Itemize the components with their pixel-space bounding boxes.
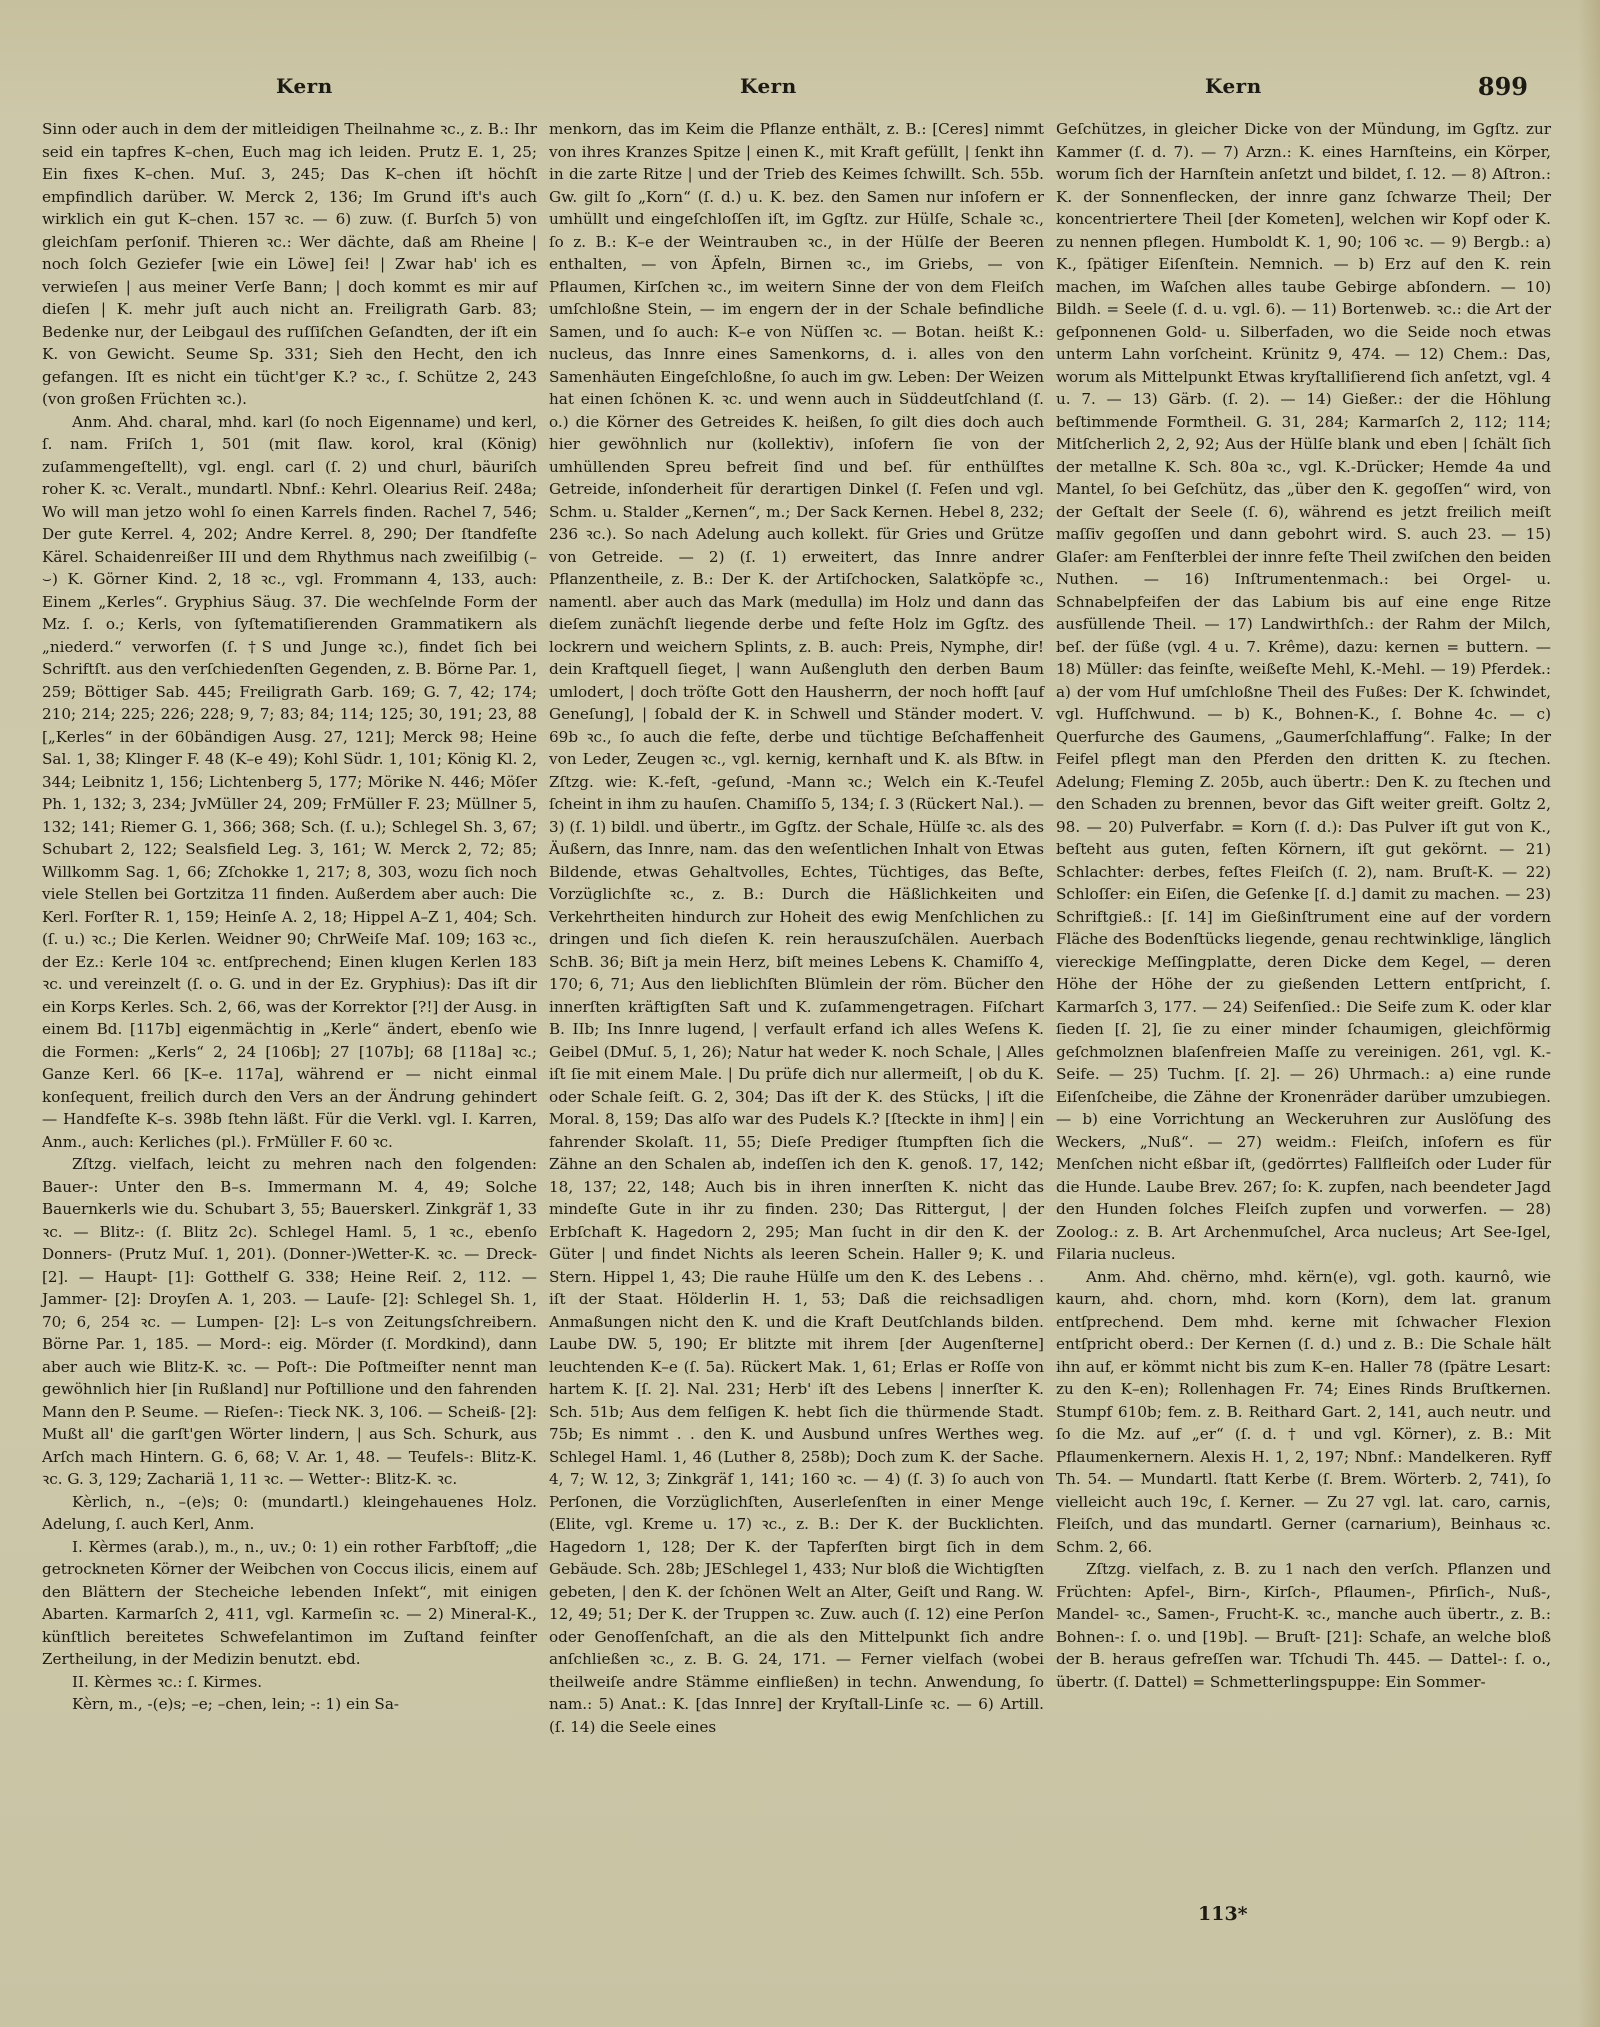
column-right: Geſchützes, in gleicher Dicke von der Mü… [1056,118,1551,1738]
dictionary-columns: Sinn oder auch in dem der mitleidigen Th… [42,118,1552,1738]
column-middle: menkorn, das im Keim die Pflanze enthält… [549,118,1044,1738]
page-number: 899 [1478,72,1528,101]
paragraph: menkorn, das im Keim die Pflanze enthält… [549,118,1044,1738]
paragraph-compounds: Zſtzg. vielfach, leicht zu mehren nach d… [42,1153,537,1491]
entry-kerlich: Kèrlich, n., –(e)s; 0: (mundartl.) klein… [42,1491,537,1536]
signature-mark: 113* [1198,1903,1248,1925]
entry-kermes-2: II. Kèrmes ꝛc.: ſ. Kirmes. [42,1671,537,1694]
paragraph-anmerkung: Anm. Ahd. charal, mhd. karl (ſo noch Eig… [42,411,537,1154]
page-edge-shadow [1578,0,1600,2027]
running-head-right: Kern [1205,74,1262,98]
entry-kermes-1: I. Kèrmes (arab.), m., n., uv.; 0: 1) ei… [42,1536,537,1671]
paragraph: Sinn oder auch in dem der mitleidigen Th… [42,118,537,411]
column-left: Sinn oder auch in dem der mitleidigen Th… [42,118,537,1738]
paragraph-compounds: Zſtzg. vielfach, z. B. zu 1 nach den ver… [1056,1558,1551,1693]
paragraph: Geſchützes, in gleicher Dicke von der Mü… [1056,118,1551,1266]
entry-kern: Kèrn, m., -(e)s; –e; –chen, lein; -: 1) … [42,1693,537,1716]
running-head: Kern Kern Kern 899 [40,74,1560,104]
paragraph-anmerkung: Anm. Ahd. chërno, mhd. kërn(e), vgl. got… [1056,1266,1551,1559]
running-head-middle: Kern [740,74,797,98]
running-head-left: Kern [276,74,333,98]
